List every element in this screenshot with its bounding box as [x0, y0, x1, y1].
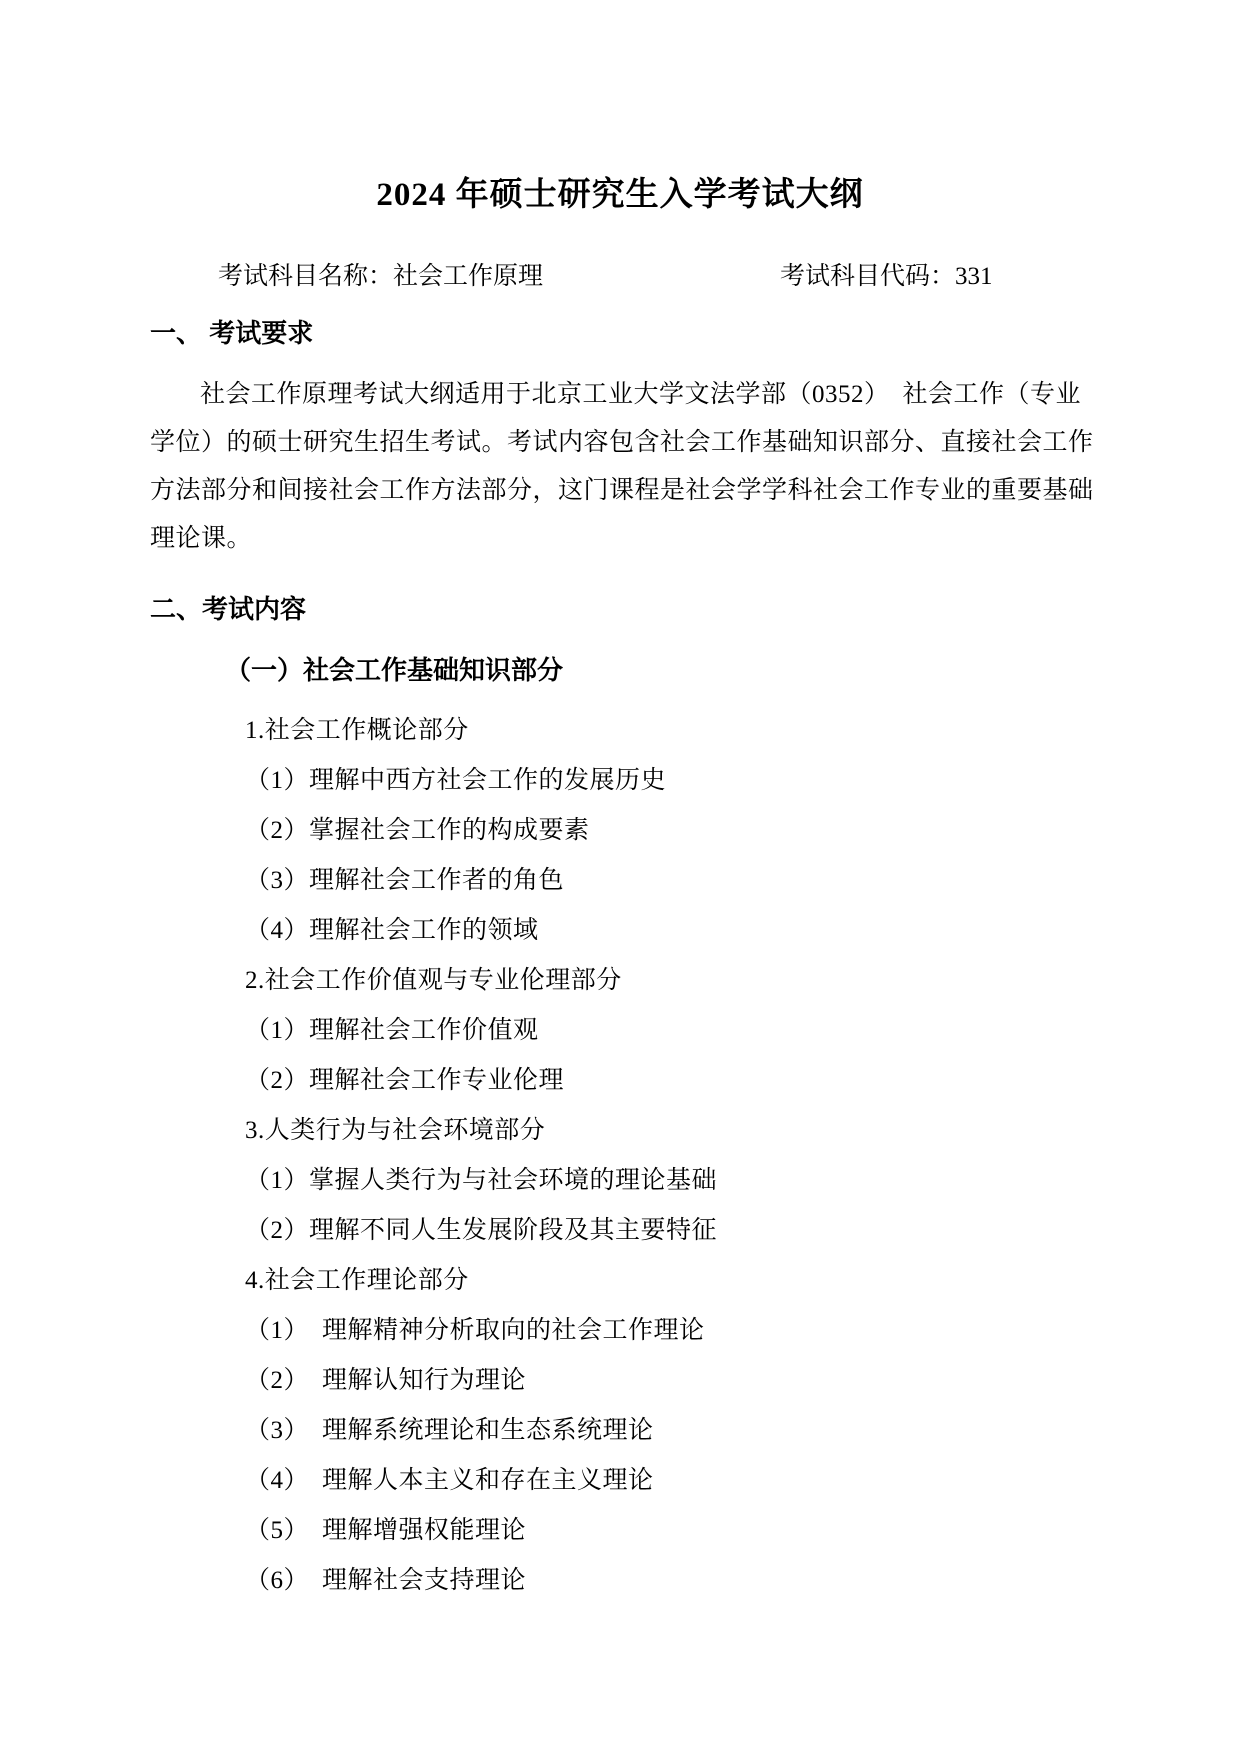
subject-code-label: 考试科目代码：331	[780, 256, 993, 292]
outline-item: （1）理解社会工作价值观	[245, 1006, 717, 1056]
paragraph-line: 理论课。	[150, 515, 1091, 563]
subject-name-label: 考试科目名称：社会工作原理	[218, 256, 543, 292]
paragraph-line: 学位）的硕士研究生招生考试。考试内容包含社会工作基础知识部分、直接社会工作	[150, 419, 1091, 467]
outline-item: （4）理解社会工作的领域	[245, 906, 717, 956]
outline-item: 1.社会工作概论部分	[245, 706, 717, 756]
paragraph-line: 方法部分和间接社会工作方法部分，这门课程是社会学学科社会工作专业的重要基础	[150, 467, 1091, 515]
outline-item: （1）掌握人类行为与社会环境的理论基础	[245, 1156, 717, 1206]
outline-item: 2.社会工作价值观与专业伦理部分	[245, 956, 717, 1006]
outline-item: 3.人类行为与社会环境部分	[245, 1106, 717, 1156]
paragraph-line: 社会工作原理考试大纲适用于北京工业大学文法学部（0352） 社会工作（专业	[150, 371, 1091, 419]
outline-item: （1）理解中西方社会工作的发展历史	[245, 756, 717, 806]
outline-item: （6） 理解社会支持理论	[245, 1556, 717, 1606]
document-title: 2024 年硕士研究生入学考试大纲	[0, 168, 1240, 215]
outline-item: （5） 理解增强权能理论	[245, 1506, 717, 1556]
outline-item: （3）理解社会工作者的角色	[245, 856, 717, 906]
exam-content-outline: 1.社会工作概论部分 （1）理解中西方社会工作的发展历史 （2）掌握社会工作的构…	[245, 706, 717, 1606]
outline-item: （2）掌握社会工作的构成要素	[245, 806, 717, 856]
outline-item: （3） 理解系统理论和生态系统理论	[245, 1406, 717, 1456]
subsection-heading-basic-knowledge: （一）社会工作基础知识部分	[225, 650, 563, 687]
exam-requirements-paragraph: 社会工作原理考试大纲适用于北京工业大学文法学部（0352） 社会工作（专业 学位…	[150, 371, 1091, 563]
outline-item: （2）理解不同人生发展阶段及其主要特征	[245, 1206, 717, 1256]
outline-item: 4.社会工作理论部分	[245, 1256, 717, 1306]
outline-item: （4） 理解人本主义和存在主义理论	[245, 1456, 717, 1506]
outline-item: （1） 理解精神分析取向的社会工作理论	[245, 1306, 717, 1356]
outline-item: （2） 理解认知行为理论	[245, 1356, 717, 1406]
section-heading-exam-content: 二、考试内容	[150, 589, 306, 626]
document-page: 2024 年硕士研究生入学考试大纲 考试科目名称：社会工作原理 考试科目代码：3…	[0, 0, 1240, 1754]
outline-item: （2）理解社会工作专业伦理	[245, 1056, 717, 1106]
section-heading-exam-requirements: 一、 考试要求	[150, 313, 313, 350]
